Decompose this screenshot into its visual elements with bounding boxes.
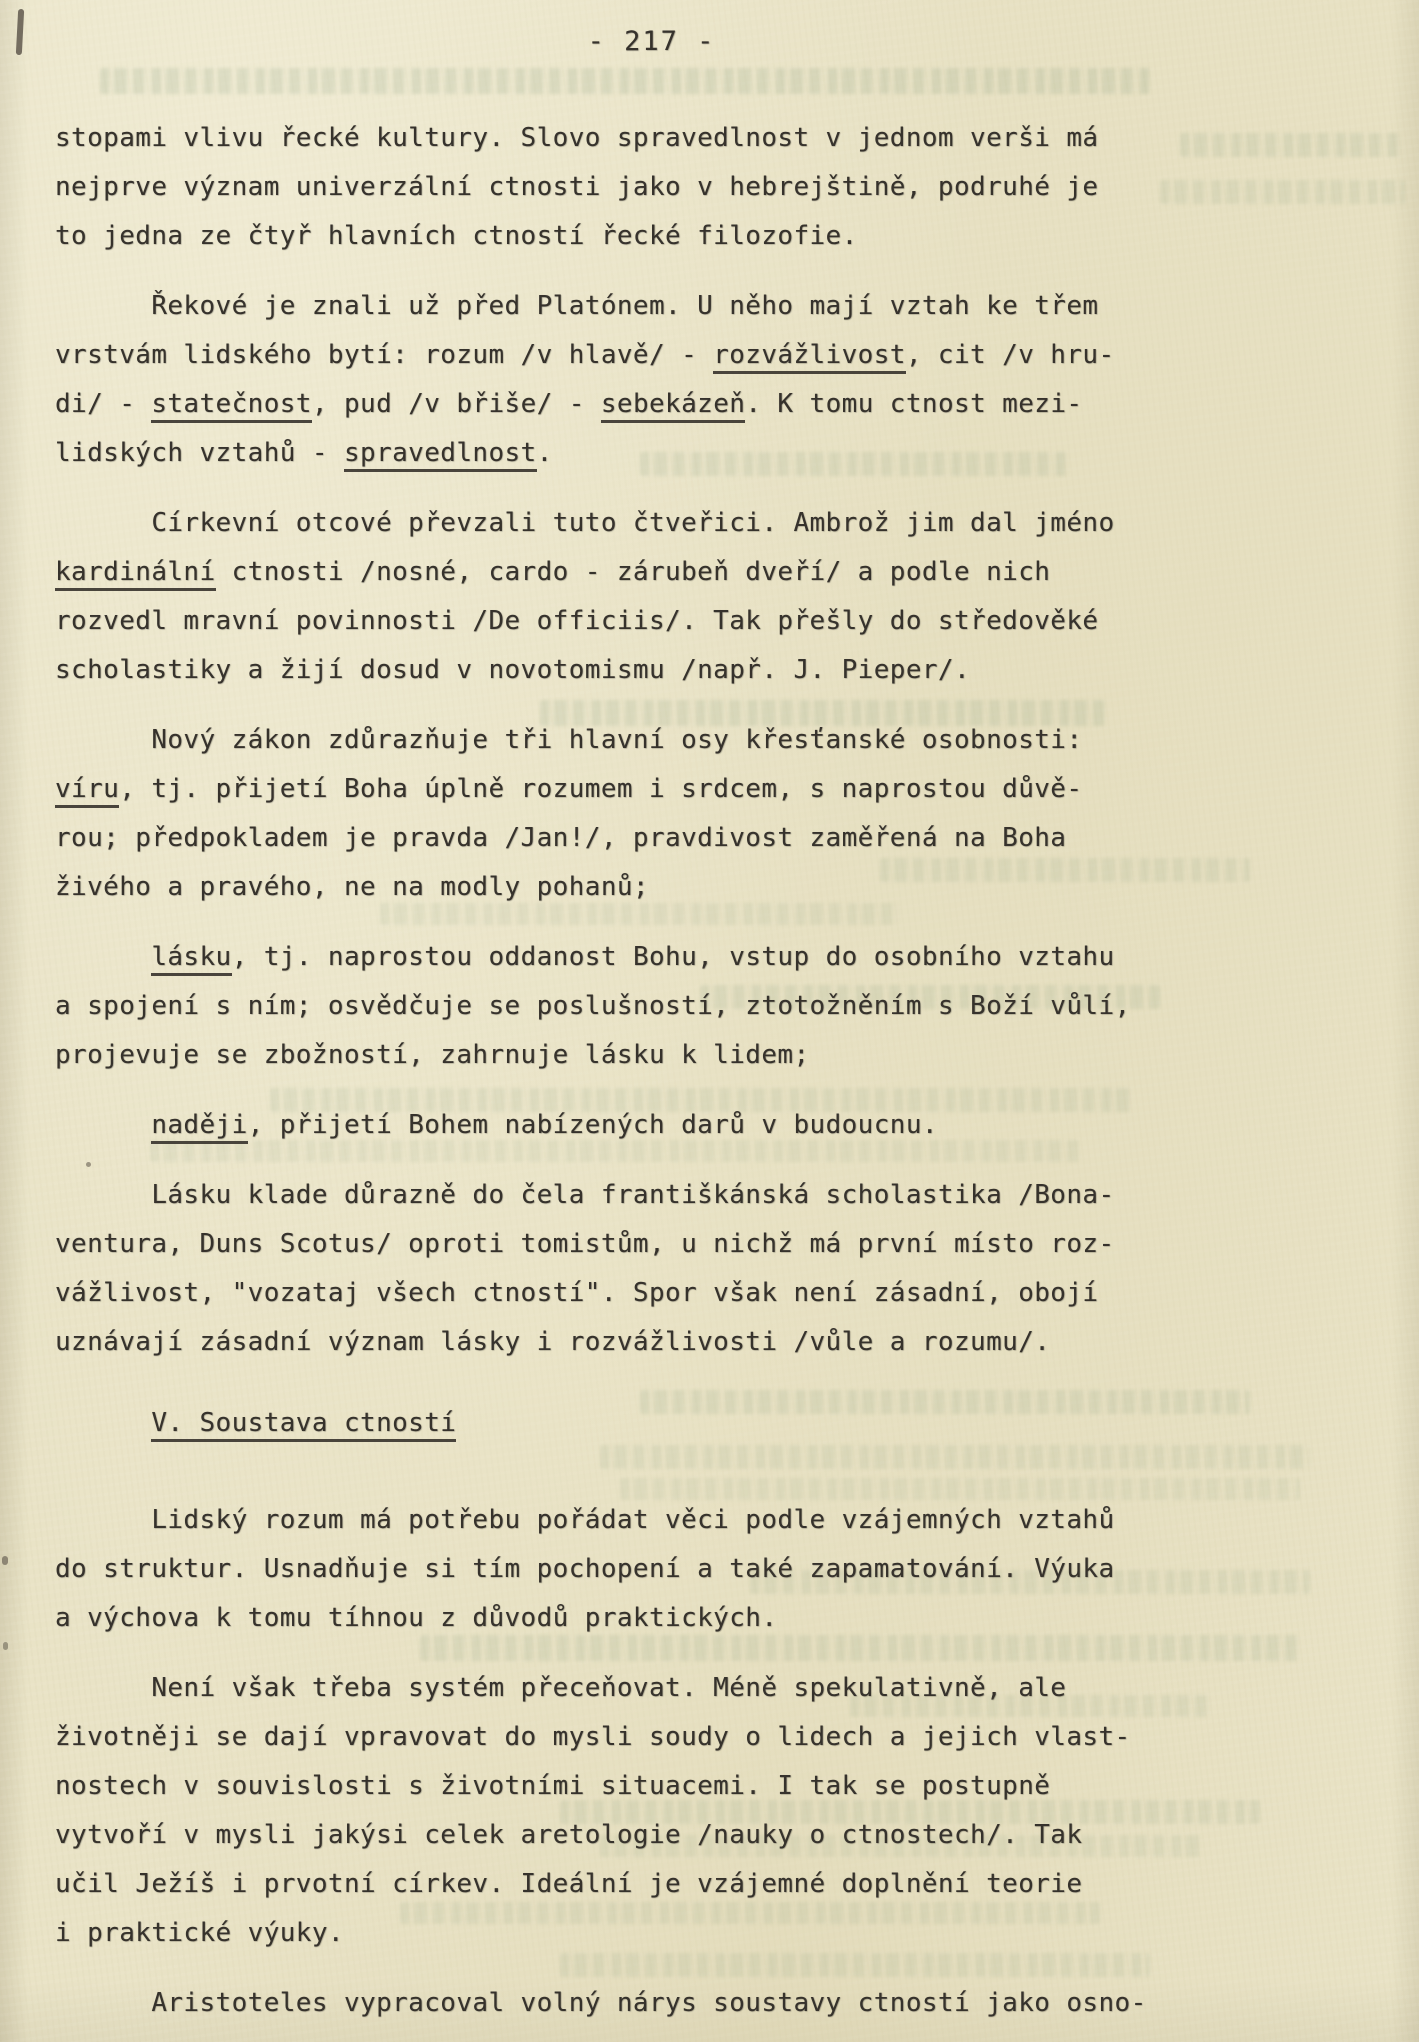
- text-line: to jedna ze čtyř hlavních ctností řecké …: [55, 212, 1384, 261]
- text-line: scholastiky a žijí dosud v novotomismu /…: [55, 646, 1384, 695]
- text-line: i praktické výuky.: [55, 1909, 1384, 1958]
- text-run: do struktur. Usnadňuje si tím pochopení …: [55, 1554, 1115, 1584]
- underlined-text: víru: [55, 774, 119, 808]
- text-line: nostech v souvislosti s životními situac…: [55, 1762, 1384, 1811]
- text-line: živého a pravého, ne na modly pohanů;: [55, 863, 1384, 912]
- text-run: vážlivost, "vozataj všech ctností". Spor…: [55, 1278, 1098, 1308]
- underlined-text: rozvážlivost: [713, 340, 906, 374]
- text-line: víru, tj. přijetí Boha úplně rozumem i s…: [55, 765, 1384, 814]
- text-line: projevuje se zbožností, zahrnuje lásku k…: [55, 1031, 1384, 1080]
- text-run: nostech v souvislosti s životními situac…: [55, 1771, 1050, 1801]
- text-run: , pud /v břiše/ -: [312, 389, 601, 419]
- section-heading: V. Soustava ctností: [55, 1399, 1384, 1448]
- text-line: rou; předpokladem je pravda /Jan!/, prav…: [55, 814, 1384, 863]
- text-line: uznávají zásadní význam lásky i rozvážli…: [55, 1318, 1384, 1367]
- text-run: [55, 942, 151, 972]
- text-run: to jedna ze čtyř hlavních ctností řecké …: [55, 221, 858, 251]
- text-run: Církevní otcové převzali tuto čtveřici. …: [55, 508, 1115, 538]
- text-line: kardinální ctnosti /nosné, cardo - zárub…: [55, 548, 1384, 597]
- text-line: do struktur. Usnadňuje si tím pochopení …: [55, 1545, 1384, 1594]
- text-run: , přijetí Bohem nabízených darů v budouc…: [248, 1110, 938, 1140]
- text-line: Nový zákon zdůrazňuje tři hlavní osy kře…: [55, 716, 1384, 765]
- text-line: Není však třeba systém přeceňovat. Méně …: [55, 1664, 1384, 1713]
- paragraph: Není však třeba systém přeceňovat. Méně …: [55, 1664, 1384, 1958]
- page-text: stopami vlivu řecké kultury. Slovo sprav…: [55, 0, 1384, 2028]
- paragraph: stopami vlivu řecké kultury. Slovo sprav…: [55, 114, 1384, 261]
- text-run: , cit /v hru-: [906, 340, 1115, 370]
- text-run: i praktické výuky.: [55, 1918, 344, 1948]
- text-run: , tj. naprostou oddanost Bohu, vstup do …: [232, 942, 1115, 972]
- text-run: rozvedl mravní povinnosti /De officiis/.…: [55, 606, 1098, 636]
- text-line: di/ - statečnost, pud /v břiše/ - sebeká…: [55, 380, 1384, 429]
- underlined-text: lásku: [151, 942, 231, 976]
- text-line: naději, přijetí Bohem nabízených darů v …: [55, 1101, 1384, 1150]
- underlined-text: statečnost: [151, 389, 312, 423]
- text-run: ventura, Duns Scotus/ oproti tomistům, u…: [55, 1229, 1115, 1259]
- text-run: Aristoteles vypracoval volný nárys soust…: [55, 1988, 1147, 2018]
- text-line: a spojení s ním; osvědčuje se poslušnost…: [55, 982, 1384, 1031]
- underlined-text: V. Soustava ctností: [151, 1408, 456, 1442]
- text-line: Lásku klade důrazně do čela františkánsk…: [55, 1171, 1384, 1220]
- text-run: a výchova k tomu tíhnou z důvodů praktic…: [55, 1603, 777, 1633]
- text-run: uznávají zásadní význam lásky i rozvážli…: [55, 1327, 1050, 1357]
- text-run: životněji se dají vpravovat do mysli sou…: [55, 1722, 1131, 1752]
- text-line: V. Soustava ctností: [55, 1399, 1384, 1448]
- text-run: a spojení s ním; osvědčuje se poslušnost…: [55, 991, 1131, 1021]
- text-line: životněji se dají vpravovat do mysli sou…: [55, 1713, 1384, 1762]
- text-run: projevuje se zbožností, zahrnuje lásku k…: [55, 1040, 810, 1070]
- paragraph: Lidský rozum má potřebu pořádat věci pod…: [55, 1496, 1384, 1643]
- text-line: lidských vztahů - spravedlnost.: [55, 429, 1384, 478]
- text-run: Nový zákon zdůrazňuje tři hlavní osy kře…: [55, 725, 1082, 755]
- text-run: .: [537, 438, 553, 468]
- text-line: Lidský rozum má potřebu pořádat věci pod…: [55, 1496, 1384, 1545]
- text-line: učil Ježíš i prvotní církev. Ideální je …: [55, 1860, 1384, 1909]
- text-run: di/ -: [55, 389, 151, 419]
- paragraph: Řekové je znali už před Platónem. U něho…: [55, 282, 1384, 478]
- text-run: lidských vztahů -: [55, 438, 344, 468]
- document-page: - 217 - stopami vlivu řecké kultury. Slo…: [0, 0, 1419, 2042]
- text-run: ctnosti /nosné, cardo - zárubeň dveří/ a…: [216, 557, 1051, 587]
- paragraph: lásku, tj. naprostou oddanost Bohu, vstu…: [55, 933, 1384, 1080]
- text-run: . K tomu ctnost mezi-: [745, 389, 1082, 419]
- text-line: Aristoteles vypracoval volný nárys soust…: [55, 1979, 1384, 2028]
- text-run: scholastiky a žijí dosud v novotomismu /…: [55, 655, 970, 685]
- underlined-text: sebekázeň: [601, 389, 745, 423]
- text-run: Lásku klade důrazně do čela františkánsk…: [55, 1180, 1115, 1210]
- text-run: učil Ježíš i prvotní církev. Ideální je …: [55, 1869, 1082, 1899]
- text-run: Lidský rozum má potřebu pořádat věci pod…: [55, 1505, 1115, 1535]
- text-line: a výchova k tomu tíhnou z důvodů praktic…: [55, 1594, 1384, 1643]
- text-run: vrstvám lidského bytí: rozum /v hlavě/ -: [55, 340, 713, 370]
- text-line: rozvedl mravní povinnosti /De officiis/.…: [55, 597, 1384, 646]
- underlined-text: spravedlnost: [344, 438, 537, 472]
- text-line: vrstvám lidského bytí: rozum /v hlavě/ -…: [55, 331, 1384, 380]
- underlined-text: kardinální: [55, 557, 216, 591]
- paragraph: Církevní otcové převzali tuto čtveřici. …: [55, 499, 1384, 695]
- text-run: Není však třeba systém přeceňovat. Méně …: [55, 1673, 1066, 1703]
- text-line: Řekové je znali už před Platónem. U něho…: [55, 282, 1384, 331]
- text-line: vytvoří v mysli jakýsi celek aretologie …: [55, 1811, 1384, 1860]
- text-run: Řekové je znali už před Platónem. U něho…: [55, 291, 1098, 321]
- text-line: vážlivost, "vozataj všech ctností". Spor…: [55, 1269, 1384, 1318]
- paragraph: Lásku klade důrazně do čela františkánsk…: [55, 1171, 1384, 1367]
- underlined-text: naději: [151, 1110, 247, 1144]
- text-run: nejprve význam univerzální ctnosti jako …: [55, 172, 1098, 202]
- text-run: vytvoří v mysli jakýsi celek aretologie …: [55, 1820, 1082, 1850]
- text-line: ventura, Duns Scotus/ oproti tomistům, u…: [55, 1220, 1384, 1269]
- paper-speck: [3, 1642, 8, 1650]
- paragraph: Nový zákon zdůrazňuje tři hlavní osy kře…: [55, 716, 1384, 912]
- text-run: [55, 1408, 151, 1438]
- text-run: [55, 1110, 151, 1140]
- text-run: , tj. přijetí Boha úplně rozumem i srdce…: [119, 774, 1082, 804]
- text-run: rou; předpokladem je pravda /Jan!/, prav…: [55, 823, 1066, 853]
- text-run: živého a pravého, ne na modly pohanů;: [55, 872, 649, 902]
- text-line: lásku, tj. naprostou oddanost Bohu, vstu…: [55, 933, 1384, 982]
- paper-speck: [2, 1556, 8, 1565]
- text-line: Církevní otcové převzali tuto čtveřici. …: [55, 499, 1384, 548]
- text-line: nejprve význam univerzální ctnosti jako …: [55, 163, 1384, 212]
- paragraph: Aristoteles vypracoval volný nárys soust…: [55, 1979, 1384, 2028]
- text-run: stopami vlivu řecké kultury. Slovo sprav…: [55, 123, 1098, 153]
- text-line: stopami vlivu řecké kultury. Slovo sprav…: [55, 114, 1384, 163]
- paragraph: naději, přijetí Bohem nabízených darů v …: [55, 1101, 1384, 1150]
